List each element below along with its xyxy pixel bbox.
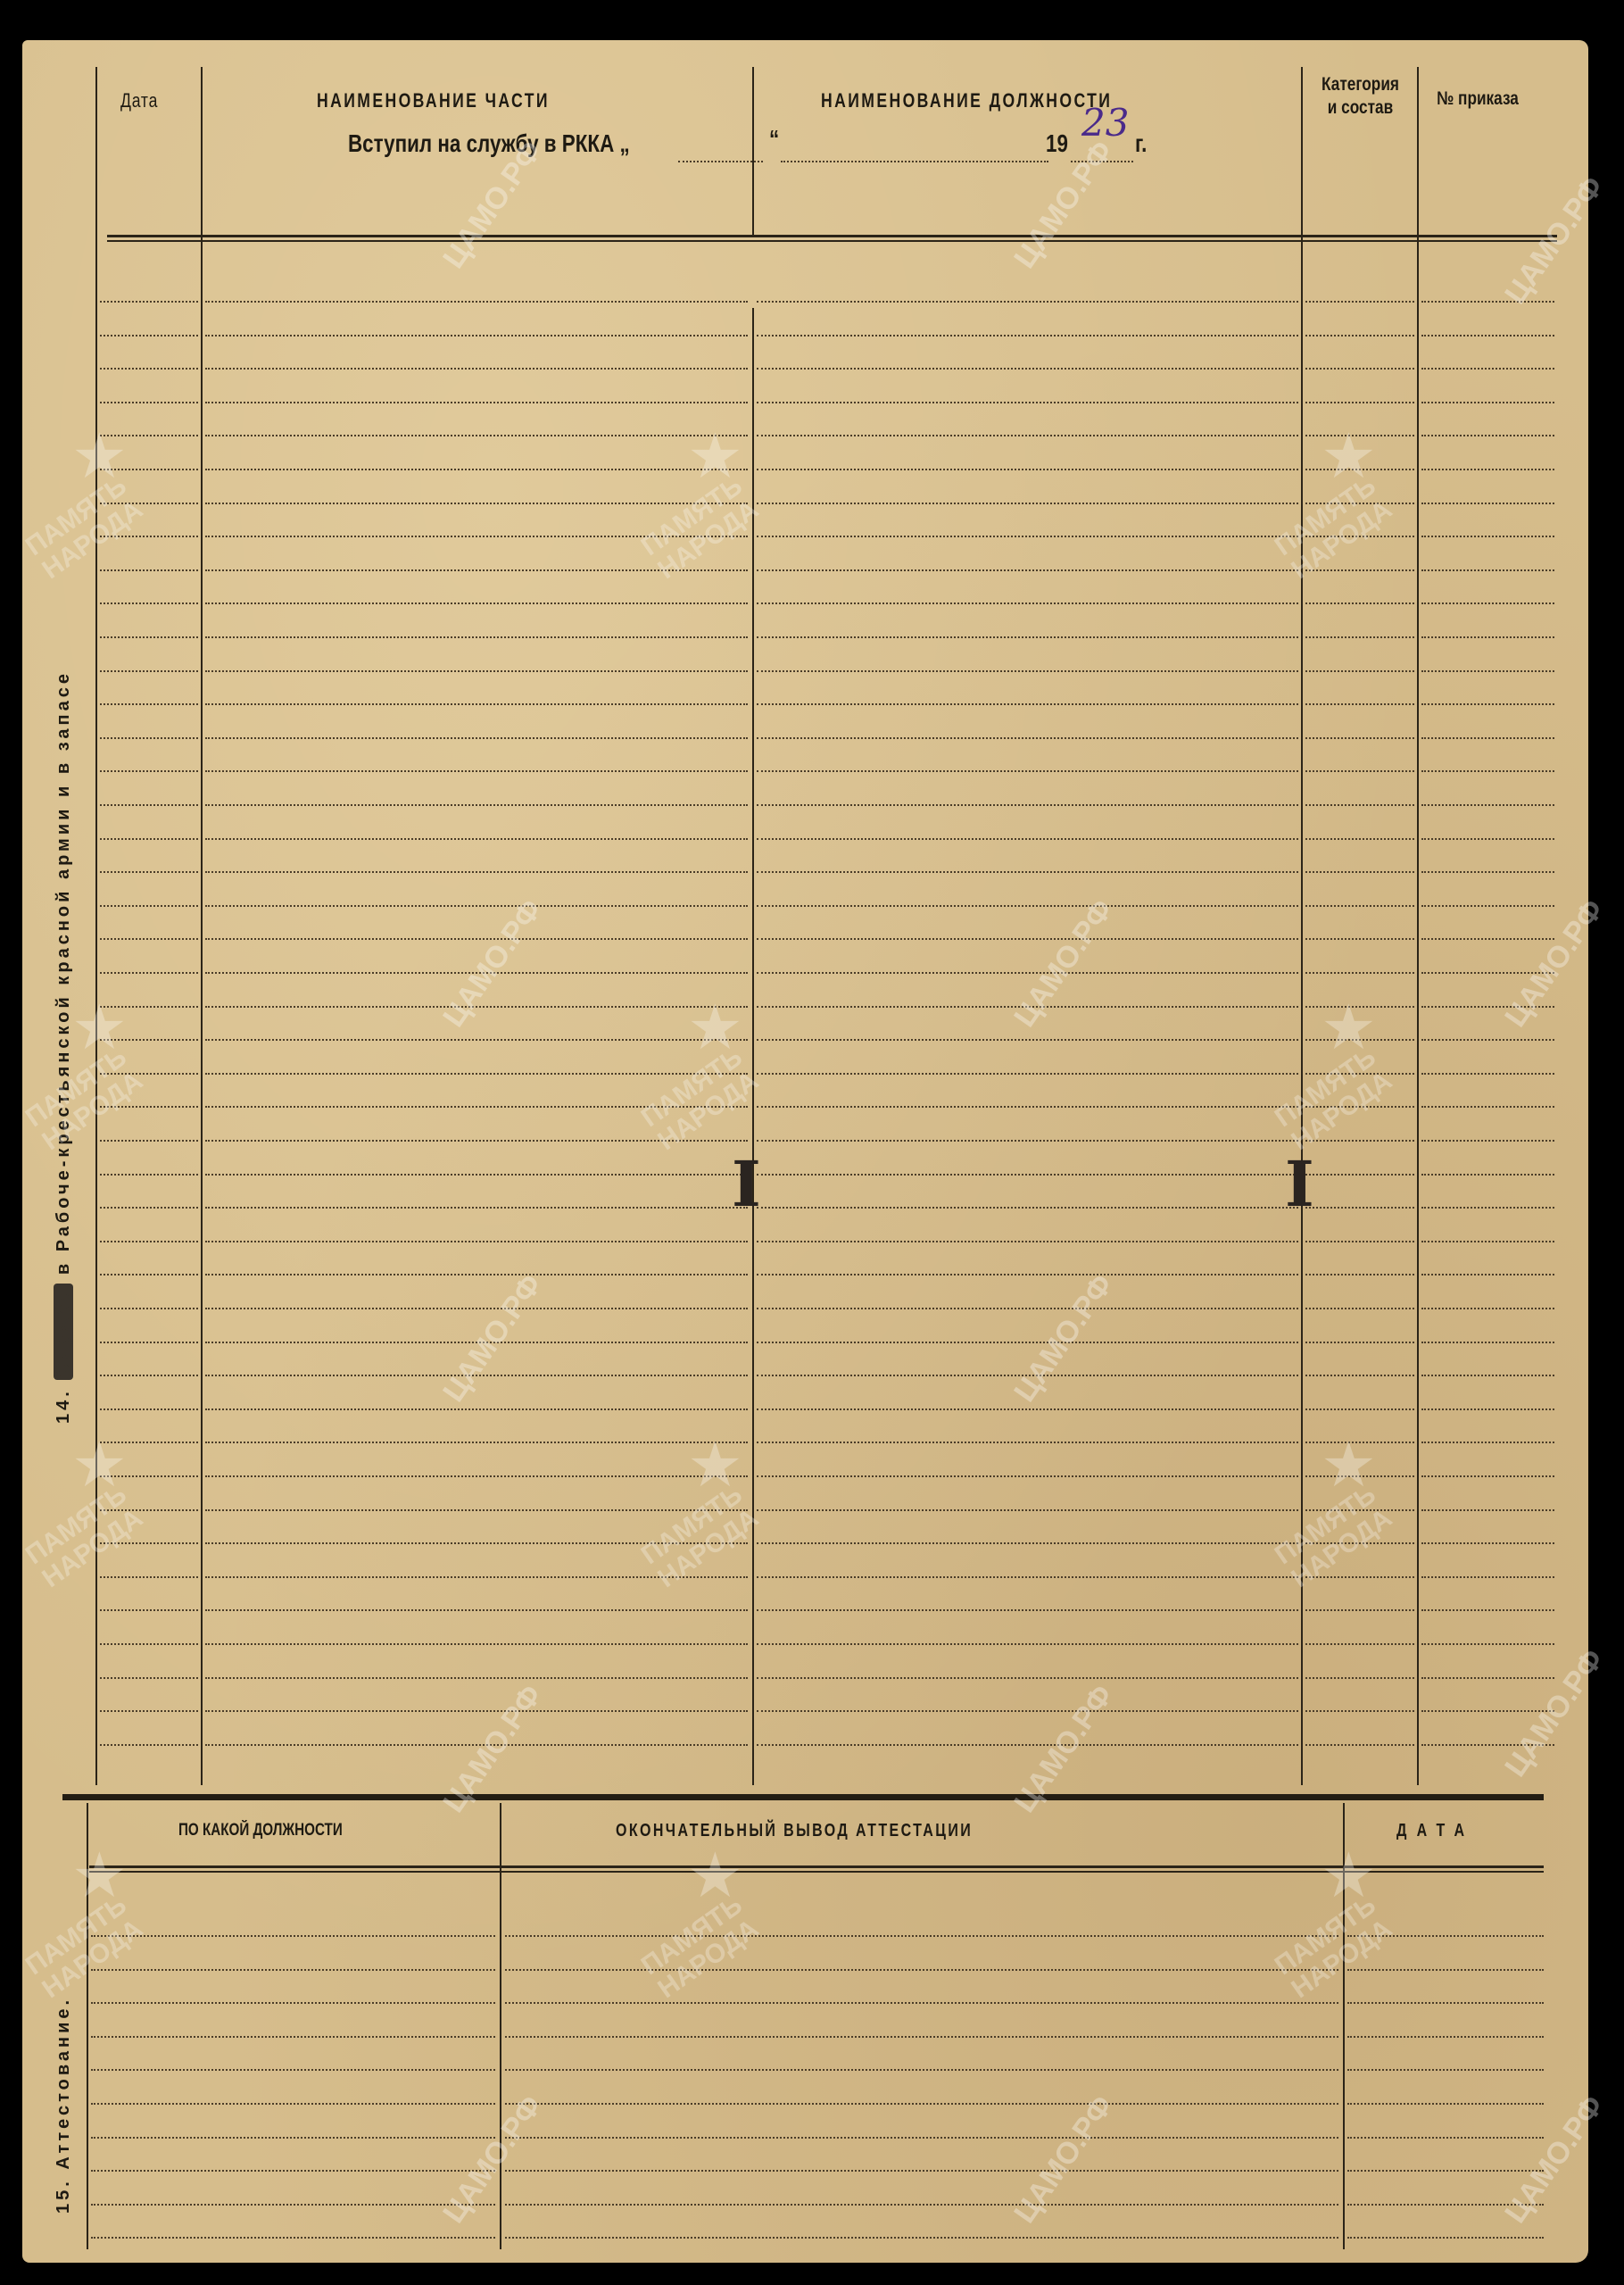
row-rule	[1421, 804, 1554, 806]
row-rule	[757, 972, 1298, 974]
attest-row-rule	[1347, 2170, 1544, 2172]
attest-row-rule	[1347, 2103, 1544, 2105]
row-rule	[757, 703, 1298, 705]
enlisted-label: Вступил на службу в РККА „	[348, 129, 630, 158]
section-separator	[62, 1794, 1544, 1800]
row-rule	[757, 1207, 1298, 1209]
row-rule	[757, 1342, 1298, 1343]
row-rule	[1421, 1342, 1554, 1343]
row-rule	[100, 1408, 198, 1410]
row-rule	[757, 804, 1298, 806]
row-rule	[757, 670, 1298, 672]
row-rule	[1421, 301, 1554, 303]
row-rule	[205, 972, 748, 974]
attest-row-rule	[1347, 2237, 1544, 2239]
row-rule	[205, 1710, 748, 1712]
row-rule	[1421, 670, 1554, 672]
row-rule	[757, 770, 1298, 772]
row-rule	[1421, 1643, 1554, 1645]
row-rule	[100, 1073, 198, 1075]
section-14-label: 14. Служба в Рабоче-крестьянской красной…	[54, 670, 74, 1424]
row-rule	[205, 871, 748, 873]
row-rule	[205, 838, 748, 840]
row-rule	[205, 1039, 748, 1041]
row-rule	[205, 1442, 748, 1443]
enlisted-year: 23	[1081, 105, 1129, 141]
attest-row-rule	[505, 2002, 1338, 2004]
attest-row-rule	[505, 2103, 1338, 2105]
row-rule	[1421, 1006, 1554, 1008]
attest-left-border	[87, 1803, 88, 2249]
row-rule	[1421, 1576, 1554, 1578]
row-rule	[1421, 770, 1554, 772]
row-rule	[205, 1241, 748, 1242]
row-rule	[757, 737, 1298, 739]
row-rule	[100, 1274, 198, 1275]
row-rule	[100, 469, 198, 470]
attest-row-rule	[505, 1935, 1338, 1937]
col-divider-category-order	[1417, 67, 1419, 1785]
row-rule	[1305, 1677, 1414, 1679]
row-rule	[205, 368, 748, 370]
row-rule	[757, 1375, 1298, 1376]
row-rule	[1421, 1106, 1554, 1108]
row-rule	[100, 871, 198, 873]
attest-row-rule	[505, 2137, 1338, 2139]
row-rule	[100, 770, 198, 772]
enlisted-quote: “	[769, 125, 779, 154]
row-rule	[1421, 703, 1554, 705]
row-rule	[1305, 938, 1414, 940]
enlisted-month-blank	[781, 161, 1048, 162]
row-rule	[1421, 938, 1554, 940]
col-divider-unit-position	[752, 67, 754, 237]
row-rule	[757, 569, 1298, 571]
row-rule	[205, 1308, 748, 1309]
row-rule	[1421, 636, 1554, 638]
row-rule	[100, 435, 198, 436]
row-rule	[1305, 703, 1414, 705]
row-rule	[1421, 402, 1554, 403]
row-rule	[1305, 1509, 1414, 1511]
enlisted-year-blank	[1071, 161, 1133, 162]
row-rule	[100, 1475, 198, 1477]
row-rule	[100, 737, 198, 739]
row-rule	[1421, 1677, 1554, 1679]
row-rule	[757, 636, 1298, 638]
row-rule	[757, 1140, 1298, 1142]
row-rule	[1305, 636, 1414, 638]
row-rule	[205, 1174, 748, 1176]
row-rule	[205, 503, 748, 504]
attest-row-rule	[505, 1969, 1338, 1971]
row-rule	[100, 1677, 198, 1679]
row-rule	[100, 1710, 198, 1712]
header-category: Категория и состав	[1314, 73, 1406, 120]
row-rule	[1421, 569, 1554, 571]
row-rule	[100, 905, 198, 907]
row-rule	[205, 536, 748, 537]
header-unit-name: НАИМЕНОВАНИЕ ЧАСТИ	[317, 89, 550, 112]
row-rule	[1421, 602, 1554, 604]
row-rule	[1421, 1174, 1554, 1176]
row-rule	[205, 1542, 748, 1544]
enlisted-day-blank	[678, 161, 763, 162]
attest-row-rule	[91, 2069, 495, 2071]
row-rule	[757, 402, 1298, 403]
row-rule	[205, 1140, 748, 1142]
row-rule	[100, 804, 198, 806]
row-rule	[1421, 1475, 1554, 1477]
attest-header-position: ПО КАКОЙ ДОЛЖНОСТИ	[178, 1821, 343, 1840]
row-rule	[100, 1174, 198, 1176]
row-rule	[100, 368, 198, 370]
table-left-border	[95, 67, 97, 1785]
attest-row-rule	[1347, 1935, 1544, 1937]
row-rule	[757, 838, 1298, 840]
row-rule	[1305, 770, 1414, 772]
row-rule	[100, 1241, 198, 1242]
row-rule	[1305, 1442, 1414, 1443]
attest-row-rule	[91, 2036, 495, 2038]
attest-header-separator	[89, 1865, 1544, 1873]
header-order-number: № приказа	[1437, 87, 1519, 111]
attest-row-rule	[505, 2069, 1338, 2071]
row-rule	[1421, 1274, 1554, 1275]
bracket-mark-right: I	[1285, 1147, 1314, 1221]
row-rule	[205, 402, 748, 403]
header-date: Дата	[120, 89, 158, 112]
row-rule	[757, 1039, 1298, 1041]
row-rule	[757, 335, 1298, 337]
row-rule	[757, 1106, 1298, 1108]
attest-row-rule	[91, 2170, 495, 2172]
row-rule	[100, 569, 198, 571]
row-rule	[1421, 871, 1554, 873]
row-rule	[757, 1475, 1298, 1477]
row-rule	[1421, 1442, 1554, 1443]
row-rule	[1421, 469, 1554, 470]
row-rule	[205, 1609, 748, 1611]
row-rule	[1305, 1408, 1414, 1410]
row-rule	[100, 536, 198, 537]
row-rule	[205, 905, 748, 907]
row-rule	[1421, 737, 1554, 739]
row-rule	[757, 871, 1298, 873]
row-rule	[205, 737, 748, 739]
row-rule	[1305, 1308, 1414, 1309]
row-rule	[100, 1039, 198, 1041]
enlisted-century: 19	[1046, 129, 1068, 158]
row-rule	[1305, 1006, 1414, 1008]
row-rule	[757, 435, 1298, 436]
row-rule	[205, 703, 748, 705]
row-rule	[1421, 1710, 1554, 1712]
row-rule	[205, 1509, 748, 1511]
row-rule	[1305, 335, 1414, 337]
row-rule	[205, 1408, 748, 1410]
attest-header-conclusion: ОКОНЧАТЕЛЬНЫЙ ВЫВОД АТТЕСТАЦИИ	[616, 1821, 973, 1841]
row-rule	[757, 536, 1298, 537]
row-rule	[100, 602, 198, 604]
row-rule	[100, 1308, 198, 1309]
attest-row-rule	[505, 2237, 1338, 2239]
row-rule	[100, 1375, 198, 1376]
row-rule	[100, 1643, 198, 1645]
row-rule	[1305, 1710, 1414, 1712]
row-rule	[1305, 905, 1414, 907]
row-rule	[205, 770, 748, 772]
row-rule	[1305, 838, 1414, 840]
row-rule	[757, 1643, 1298, 1645]
row-rule	[1305, 871, 1414, 873]
row-rule	[205, 1274, 748, 1275]
row-rule	[205, 602, 748, 604]
row-rule	[757, 1576, 1298, 1578]
row-rule	[1421, 1241, 1554, 1242]
row-rule	[100, 1542, 198, 1544]
row-rule	[1305, 1475, 1414, 1477]
row-rule	[100, 838, 198, 840]
row-rule	[757, 1542, 1298, 1544]
row-rule	[100, 1442, 198, 1443]
row-rule	[1305, 435, 1414, 436]
row-rule	[100, 670, 198, 672]
row-rule	[1305, 1542, 1414, 1544]
row-rule	[1421, 1308, 1554, 1309]
row-rule	[1305, 804, 1414, 806]
row-rule	[100, 1509, 198, 1511]
row-rule	[205, 1207, 748, 1209]
row-rule	[205, 1006, 748, 1008]
attest-row-rule	[91, 1935, 495, 1937]
row-rule	[205, 469, 748, 470]
row-rule	[205, 1375, 748, 1376]
row-rule	[1421, 1542, 1554, 1544]
row-rule	[1421, 536, 1554, 537]
row-rule	[757, 1442, 1298, 1443]
row-rule	[1305, 1106, 1414, 1108]
row-rule	[1305, 1576, 1414, 1578]
row-rule	[1305, 569, 1414, 571]
row-rule	[1305, 1609, 1414, 1611]
row-rule	[1305, 1643, 1414, 1645]
row-rule	[100, 1207, 198, 1209]
col-divider-unit-position-lower	[752, 308, 754, 1785]
row-rule	[757, 1710, 1298, 1712]
row-rule	[1305, 670, 1414, 672]
row-rule	[1305, 602, 1414, 604]
col-divider-position-category	[1301, 67, 1303, 1785]
row-rule	[1305, 1140, 1414, 1142]
row-rule	[1421, 1375, 1554, 1376]
attest-row-rule	[91, 2204, 495, 2206]
row-rule	[757, 1509, 1298, 1511]
col-divider-date-unit	[201, 67, 203, 1785]
row-rule	[100, 503, 198, 504]
row-rule	[1305, 737, 1414, 739]
row-rule	[757, 1308, 1298, 1309]
row-rule	[205, 1342, 748, 1343]
enlisted-year-suffix: г.	[1135, 129, 1147, 158]
row-rule	[757, 905, 1298, 907]
row-rule	[1421, 1509, 1554, 1511]
censored-word: Служба	[54, 1284, 73, 1380]
row-rule	[100, 703, 198, 705]
attest-row-rule	[1347, 2204, 1544, 2206]
row-rule	[1421, 905, 1554, 907]
row-rule	[757, 469, 1298, 470]
row-rule	[757, 1744, 1298, 1746]
row-rule	[757, 1073, 1298, 1075]
attest-row-rule	[91, 2237, 495, 2239]
attest-row-rule	[1347, 2002, 1544, 2004]
row-rule	[100, 335, 198, 337]
row-rule	[205, 1677, 748, 1679]
row-rule	[1305, 1375, 1414, 1376]
row-rule	[1305, 1174, 1414, 1176]
row-rule	[1305, 469, 1414, 470]
row-rule	[1305, 536, 1414, 537]
attest-row-rule	[91, 2103, 495, 2105]
row-rule	[205, 804, 748, 806]
row-rule	[205, 1744, 748, 1746]
row-rule	[1421, 368, 1554, 370]
row-rule	[1305, 503, 1414, 504]
row-rule	[205, 1475, 748, 1477]
row-rule	[100, 301, 198, 303]
row-rule	[1421, 435, 1554, 436]
row-rule	[100, 1342, 198, 1343]
attest-row-rule	[1347, 1969, 1544, 1971]
row-rule	[1421, 335, 1554, 337]
row-rule	[1305, 1274, 1414, 1275]
row-rule	[1421, 972, 1554, 974]
row-rule	[205, 1106, 748, 1108]
row-rule	[205, 1576, 748, 1578]
attest-row-rule	[91, 2002, 495, 2004]
attest-row-rule	[505, 2204, 1338, 2206]
row-rule	[100, 1744, 198, 1746]
row-rule	[1421, 1744, 1554, 1746]
row-rule	[205, 335, 748, 337]
header-separator	[107, 235, 1557, 242]
row-rule	[100, 938, 198, 940]
attest-row-rule	[1347, 2036, 1544, 2038]
row-rule	[100, 972, 198, 974]
header-position-name: НАИМЕНОВАНИЕ ДОЛЖНОСТИ	[821, 89, 1112, 112]
row-rule	[757, 1609, 1298, 1611]
row-rule	[1421, 838, 1554, 840]
row-rule	[757, 1274, 1298, 1275]
row-rule	[1305, 972, 1414, 974]
row-rule	[757, 368, 1298, 370]
row-rule	[205, 670, 748, 672]
row-rule	[757, 301, 1298, 303]
row-rule	[100, 1006, 198, 1008]
row-rule	[100, 402, 198, 403]
row-rule	[757, 1174, 1298, 1176]
row-rule	[757, 938, 1298, 940]
attest-row-rule	[91, 2137, 495, 2139]
attest-row-rule	[1347, 2069, 1544, 2071]
row-rule	[205, 569, 748, 571]
row-rule	[1305, 1744, 1414, 1746]
row-rule	[205, 636, 748, 638]
row-rule	[1305, 368, 1414, 370]
row-rule	[1421, 1609, 1554, 1611]
row-rule	[757, 1006, 1298, 1008]
section-15-label: 15. Аттестование.	[54, 1997, 74, 2214]
row-rule	[205, 1643, 748, 1645]
row-rule	[100, 1140, 198, 1142]
row-rule	[1421, 1039, 1554, 1041]
row-rule	[1421, 1073, 1554, 1075]
personnel-record-card	[22, 40, 1588, 2263]
attest-row-rule	[505, 2036, 1338, 2038]
row-rule	[757, 1677, 1298, 1679]
row-rule	[757, 503, 1298, 504]
row-rule	[757, 1241, 1298, 1242]
row-rule	[100, 1609, 198, 1611]
row-rule	[1421, 503, 1554, 504]
row-rule	[205, 301, 748, 303]
row-rule	[1421, 1140, 1554, 1142]
row-rule	[1305, 402, 1414, 403]
row-rule	[205, 435, 748, 436]
row-rule	[1305, 1039, 1414, 1041]
row-rule	[1305, 1342, 1414, 1343]
attest-header-date: ДАТА	[1396, 1821, 1474, 1841]
row-rule	[757, 602, 1298, 604]
row-rule	[205, 938, 748, 940]
attest-row-rule	[505, 2170, 1338, 2172]
row-rule	[1421, 1408, 1554, 1410]
row-rule	[1305, 1207, 1414, 1209]
row-rule	[205, 1073, 748, 1075]
row-rule	[1305, 1073, 1414, 1075]
row-rule	[1305, 1241, 1414, 1242]
row-rule	[1305, 301, 1414, 303]
row-rule	[100, 636, 198, 638]
row-rule	[1421, 1207, 1554, 1209]
attest-row-rule	[1347, 2137, 1544, 2139]
attest-row-rule	[91, 1969, 495, 1971]
row-rule	[757, 1408, 1298, 1410]
row-rule	[100, 1576, 198, 1578]
row-rule	[100, 1106, 198, 1108]
bracket-mark-left: I	[732, 1147, 761, 1221]
